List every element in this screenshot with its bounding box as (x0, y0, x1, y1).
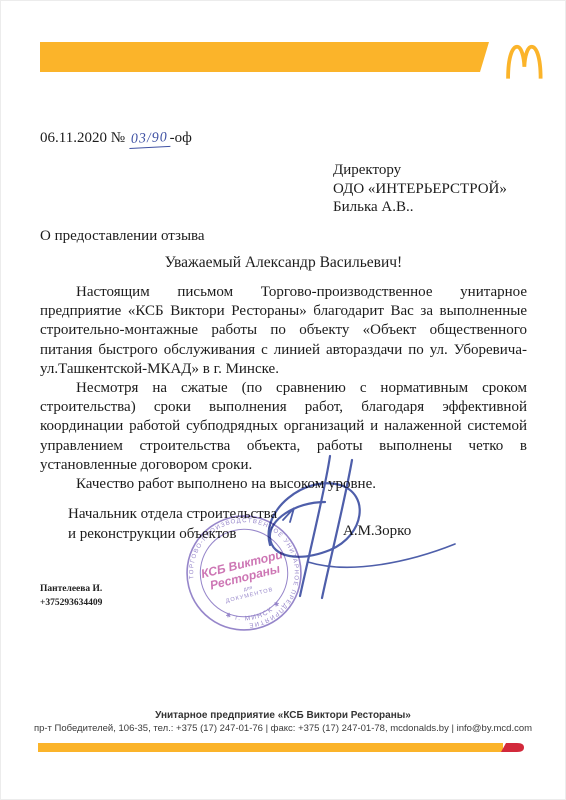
addressee-title: Директору (333, 161, 507, 180)
addressee-company: ОДО «ИНТЕРЬЕРСТРОЙ» (333, 180, 507, 199)
paragraph-1: Настоящим письмом Торгово-производственн… (40, 283, 527, 379)
mcdonalds-arches-icon (501, 44, 547, 80)
date-number-prefix: 06.11.2020 № (40, 130, 125, 146)
letter-page: 06.11.2020 № 03/90-оф Директору ОДО «ИНТ… (0, 0, 566, 800)
brand-yellow-bar-bottom (38, 742, 526, 754)
executor-contact: Пантелеева И. +375293634409 (40, 583, 102, 610)
footer-contact-line: пр-т Победителей, 106-35, тел.: +375 (17… (0, 723, 566, 734)
salutation: Уважаемый Александр Васильевич! (40, 254, 527, 272)
brand-red-tip (501, 743, 524, 752)
footer-company-name: Унитарное предприятие «КСБ Виктори Ресто… (0, 710, 566, 721)
subject-line: О предоставлении отзыва (40, 228, 205, 245)
executor-name: Пантелеева И. (40, 583, 102, 597)
handwritten-outgoing-number: 03/90 (128, 130, 170, 149)
addressee-person: Билька А.В.. (333, 198, 507, 217)
date-line: 06.11.2020 № 03/90-оф (40, 130, 192, 148)
addressee-block: Директору ОДО «ИНТЕРЬЕРСТРОЙ» Билька А.В… (333, 161, 507, 217)
date-number-suffix: -оф (170, 130, 192, 146)
brand-yellow-bar-top (40, 42, 489, 72)
handwritten-signature (250, 450, 462, 602)
executor-phone: +375293634409 (40, 597, 102, 611)
